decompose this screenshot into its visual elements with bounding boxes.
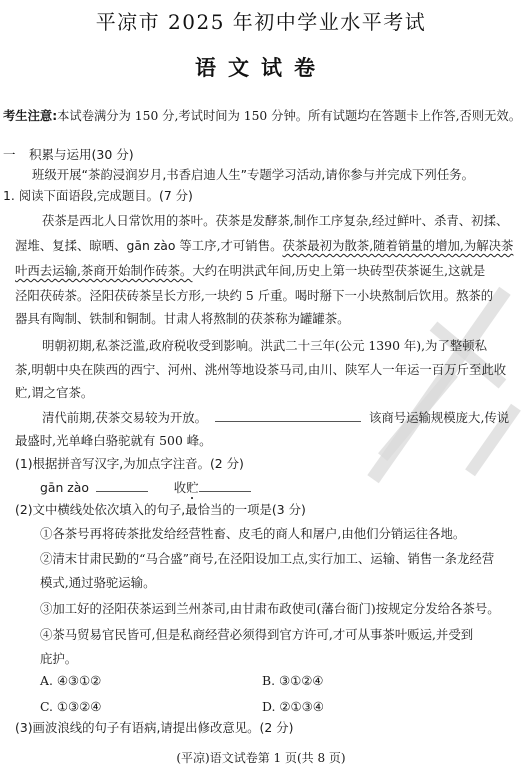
passage-text: 大约在明洪武年间,历史上第一块砖型茯茶诞生,这就是 — [192, 263, 485, 278]
passage-line: 最盛时,光单峰白骆驼就有 500 峰。 — [15, 433, 515, 449]
passage-line: 器具有陶制、铁制和铜制。甘肃人将熬制的茯茶称为罐罐茶。 — [15, 311, 515, 327]
wavy-underlined-sentence: 茯茶最初为散茶,随着销量的增加,为解决茶 — [282, 238, 513, 253]
pinyin-label: gān zào — [40, 480, 89, 495]
exam-page: 平凉市 2025 年初中学业水平考试 语文试卷 考生注意:本试卷满分为 150 … — [0, 0, 522, 771]
choice-d[interactable]: D. ②①③④ — [262, 699, 324, 714]
dotted-character: 贮 — [186, 480, 198, 495]
passage-line: 贮,谓之官茶。 — [15, 385, 515, 401]
passage-line: 泾阳茯砖茶。泾阳茯砖茶呈长方形,一块约 5 斤重。喝时掰下一小块熬制后饮用。熬茶… — [15, 288, 515, 304]
wavy-underlined-sentence: 叶西去运输,茶商开始制作砖茶。 — [15, 263, 192, 278]
section-number: 一 — [3, 145, 29, 163]
choice-b[interactable]: B. ③①②④ — [262, 673, 323, 688]
sub-question-2: (2)文中横线处依次填入的句子,最恰当的一项是(3 分) — [15, 502, 515, 518]
passage-text: 该商号运输规模庞大,传说 — [369, 410, 509, 425]
section-heading: 一积累与运用(30 分) — [3, 145, 134, 163]
sub-question-3: (3)画波浪线的句子有语病,请提出修改意见。(2 分) — [15, 720, 515, 736]
exam-title: 平凉市 2025 年初中学业水平考试 — [0, 6, 522, 35]
passage-line: 茶,明朝中央在陕西的西宁、河州、洮州等地设茶马司,由川、陕军人一年运一百万斤至此… — [15, 362, 515, 378]
sentence-option: ②清末甘肃民勤的“马合盛”商号,在泾阳设加工点,实行加工、运输、销售一条龙经营 — [40, 551, 522, 567]
sentence-option: ③加工好的泾阳茯茶运到兰州茶司,由甘肃布政使司(藩台衙门)按规定分发给各茶号。 — [40, 601, 522, 617]
notice-text: 本试卷满分为 150 分,考试时间为 150 分钟。所有试题均在答题卡上作答,否… — [57, 109, 521, 123]
sentence-option: 庇护。 — [40, 651, 522, 667]
answer-blank-pinyin[interactable] — [96, 479, 148, 492]
passage-line: 明朝初期,私茶泛滥,政府税收受到影响。洪武二十三年(公元 1390 年),为了整… — [42, 338, 522, 354]
section-title: 积累与运用(30 分) — [29, 147, 134, 162]
passage-line: 茯茶是西北人日常饮用的茶叶。茯茶是发酵茶,制作工序复杂,经过鲜叶、杀青、初揉、 — [42, 213, 522, 229]
sub-question-1-answers: gān zào 收贮 — [40, 479, 522, 496]
sentence-option: ①各茶号再将砖茶批发给经营牲畜、皮毛的商人和屠户,由他们分销运往各地。 — [40, 526, 522, 542]
sentence-option: ④茶马贸易官民皆可,但是私商经营必须得到官方许可,才可从事茶叶贩运,并受到 — [40, 627, 522, 643]
passage-text: 等工序,才可销售。 — [175, 238, 282, 253]
section-intro: 班级开展“茶韵浸润岁月,书香启迪人生”专题学习活动,请你参与并完成下列任务。 — [32, 167, 522, 183]
passage-text: 清代前期,茯茶交易较为开放。 — [42, 410, 207, 425]
passage-line: 清代前期,茯茶交易较为开放。 该商号运输规模庞大,传说 — [42, 409, 522, 426]
choice-c[interactable]: C. ①③②④ — [40, 699, 101, 714]
passage-line: 渥堆、复揉、晾晒、gān zào 等工序,才可销售。茯茶最初为散茶,随着销量的增… — [15, 238, 515, 254]
passage-text: 渥堆、复揉、晾晒、 — [15, 238, 127, 253]
answer-blank-phonetic[interactable] — [199, 479, 251, 492]
pinyin-gan-zao: gān zào — [127, 238, 176, 253]
word-prefix: 收 — [174, 480, 186, 495]
exam-subtitle: 语文试卷 — [0, 52, 522, 82]
page-footer: (平凉)语文试卷第 1 页(共 8 页) — [0, 749, 522, 766]
question-1-title: 1. 阅读下面语段,完成题目。(7 分) — [3, 188, 503, 204]
sub-question-1: (1)根据拼音写汉字,为加点字注音。(2 分) — [15, 456, 515, 472]
passage-line: 叶西去运输,茶商开始制作砖茶。大约在明洪武年间,历史上第一块砖型茯茶诞生,这就是 — [15, 263, 515, 279]
fill-in-blank[interactable] — [215, 409, 361, 422]
notice-label: 考生注意: — [3, 109, 57, 123]
sentence-option: 模式,通过骆驼运输。 — [40, 575, 522, 591]
candidate-notice: 考生注意:本试卷满分为 150 分,考试时间为 150 分钟。所有试题均在答题卡… — [3, 106, 521, 124]
choice-a[interactable]: A. ④③①② — [40, 673, 101, 688]
